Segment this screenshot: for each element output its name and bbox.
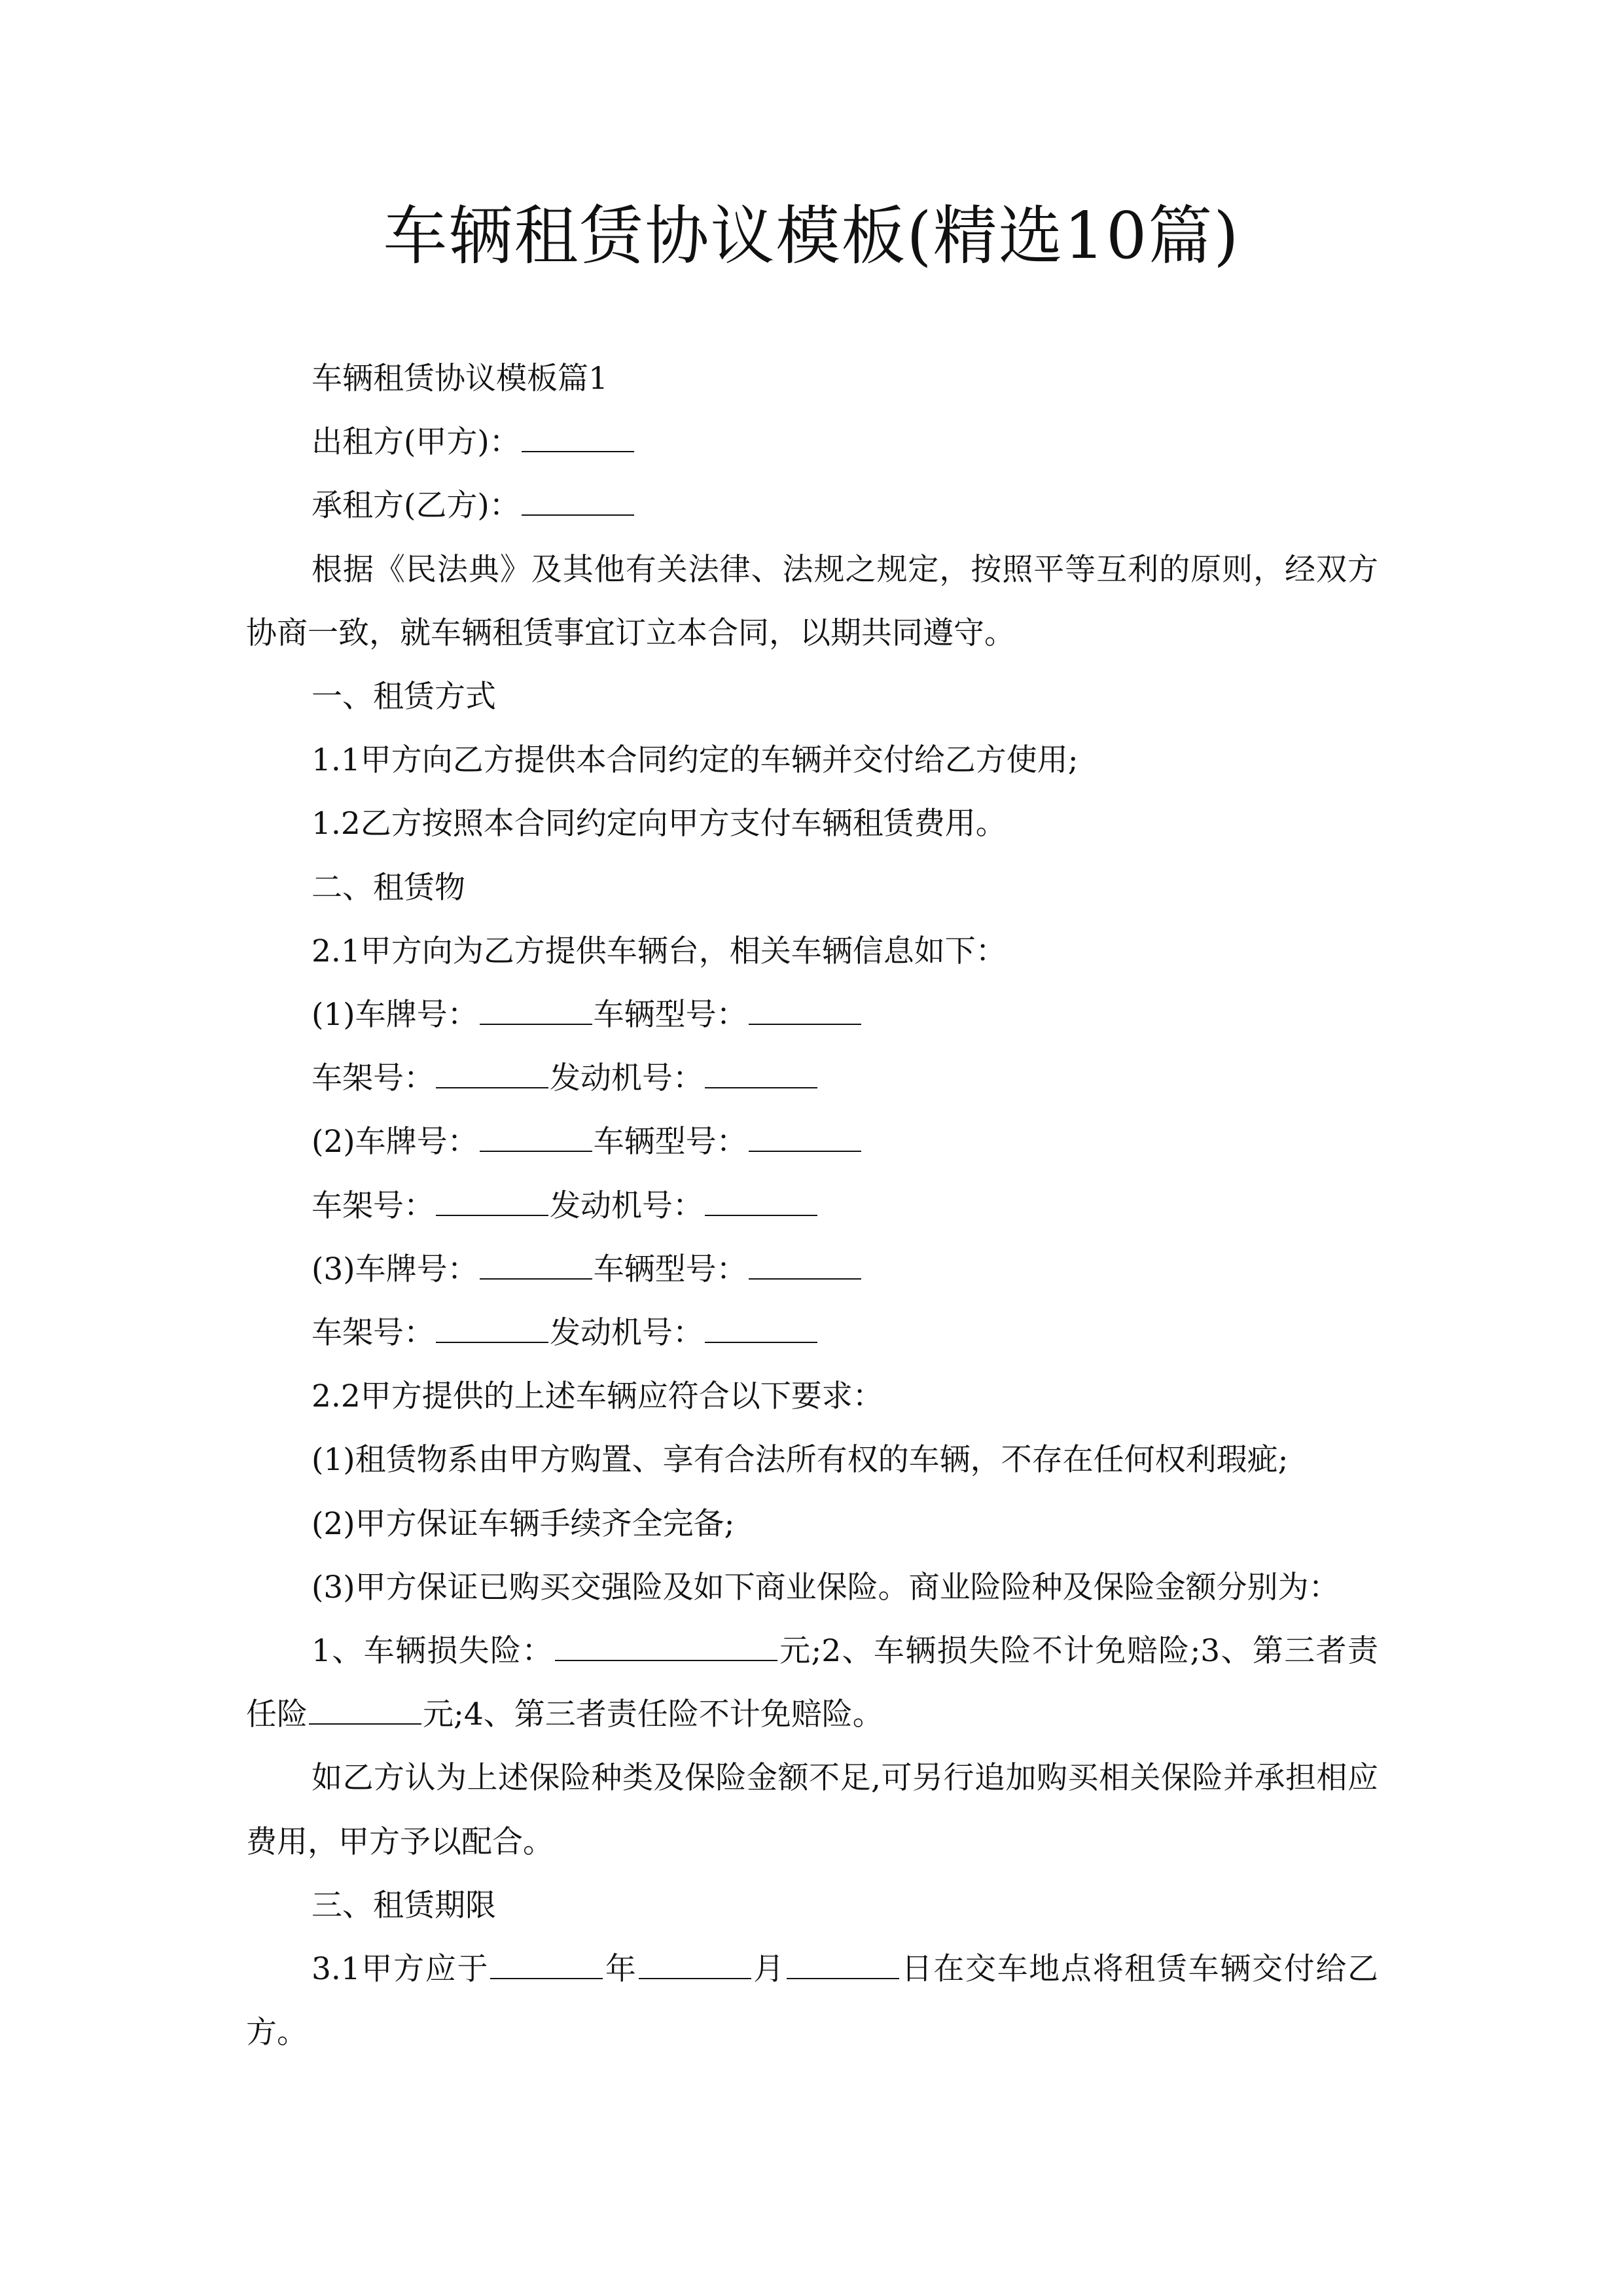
clause-2-2: 2.2甲方提供的上述车辆应符合以下要求： bbox=[246, 1365, 1378, 1428]
requirement-3: (3)甲方保证已购买交强险及如下商业保险。商业险险种及保险金额分别为： bbox=[246, 1556, 1378, 1619]
extra-insurance-paragraph: 如乙方认为上述保险种类及保险金额不足,可另行追加购买相关保险并承担相应费用，甲方… bbox=[246, 1746, 1378, 1873]
lessee-blank bbox=[522, 484, 634, 516]
requirement-2: (2)甲方保证车辆手续齐全完备; bbox=[246, 1492, 1378, 1556]
plate-label: (2)车牌号： bbox=[312, 1124, 478, 1160]
document-title: 车辆租赁协议模板(精选10篇) bbox=[0, 194, 1623, 279]
frame-label: 车架号： bbox=[312, 1315, 435, 1351]
frame-label: 车架号： bbox=[312, 1060, 435, 1096]
article-1-title: 一、租赁方式 bbox=[246, 665, 1378, 728]
article-3-title: 三、租赁期限 bbox=[246, 1874, 1378, 1937]
frame-label: 车架号： bbox=[312, 1188, 435, 1224]
insurance-end-text: 元;4、第三者责任险不计免赔险。 bbox=[423, 1696, 883, 1732]
frame-blank bbox=[436, 1311, 548, 1343]
vehicle-1-frame-line: 车架号：发动机号： bbox=[246, 1047, 1378, 1110]
model-label: 车辆型号： bbox=[594, 997, 747, 1033]
vehicle-3-frame-line: 车架号：发动机号： bbox=[246, 1301, 1378, 1365]
clause-3-1-start: 3.1甲方应于 bbox=[312, 1951, 489, 1987]
plate-label: (3)车牌号： bbox=[312, 1251, 478, 1287]
insurance-loss-label: 1、车辆损失险： bbox=[312, 1633, 554, 1669]
plate-blank bbox=[480, 1247, 592, 1280]
engine-blank bbox=[705, 1184, 817, 1216]
lessor-label: 出租方(甲方)： bbox=[312, 424, 520, 460]
engine-blank bbox=[705, 1056, 817, 1088]
plate-blank bbox=[480, 993, 592, 1025]
model-label: 车辆型号： bbox=[594, 1124, 747, 1160]
frame-blank bbox=[436, 1184, 548, 1216]
clause-1-1: 1.1甲方向乙方提供本合同约定的车辆并交付给乙方使用; bbox=[246, 728, 1378, 792]
lessee-label: 承租方(乙方)： bbox=[312, 488, 520, 524]
lessor-blank bbox=[522, 420, 634, 452]
month-label: 月 bbox=[753, 1951, 785, 1987]
engine-label: 发动机号： bbox=[550, 1315, 704, 1351]
document-body: 车辆租赁协议模板篇1 出租方(甲方)： 承租方(乙方)： 根据《民法典》及其他有… bbox=[246, 347, 1378, 2064]
engine-label: 发动机号： bbox=[550, 1188, 704, 1224]
model-blank bbox=[749, 1247, 861, 1280]
vehicle-1-plate-line: (1)车牌号：车辆型号： bbox=[246, 983, 1378, 1047]
year-blank bbox=[490, 1947, 603, 1979]
lessee-line: 承租方(乙方)： bbox=[246, 474, 1378, 537]
preamble-paragraph: 根据《民法典》及其他有关法律、法规之规定，按照平等互利的原则，经双方协商一致，就… bbox=[246, 538, 1378, 665]
insurance-loss-blank bbox=[555, 1629, 777, 1661]
third-party-blank bbox=[309, 1693, 421, 1725]
insurance-paragraph: 1、车辆损失险：元;2、车辆损失险不计免赔险;3、第三者责任险元;4、第三者责任… bbox=[246, 1619, 1378, 1746]
vehicle-3-plate-line: (3)车牌号：车辆型号： bbox=[246, 1238, 1378, 1301]
vehicle-2-frame-line: 车架号：发动机号： bbox=[246, 1174, 1378, 1238]
model-label: 车辆型号： bbox=[594, 1251, 747, 1287]
day-blank bbox=[787, 1947, 899, 1979]
section-heading: 车辆租赁协议模板篇1 bbox=[246, 347, 1378, 410]
model-blank bbox=[749, 993, 861, 1025]
lessor-line: 出租方(甲方)： bbox=[246, 410, 1378, 474]
document-page: 车辆租赁协议模板(精选10篇) 车辆租赁协议模板篇1 出租方(甲方)： 承租方(… bbox=[0, 0, 1623, 2296]
engine-label: 发动机号： bbox=[550, 1060, 704, 1096]
plate-blank bbox=[480, 1120, 592, 1152]
engine-blank bbox=[705, 1311, 817, 1343]
requirement-1: (1)租赁物系由甲方购置、享有合法所有权的车辆，不存在任何权利瑕疵; bbox=[246, 1428, 1378, 1492]
article-2-title: 二、租赁物 bbox=[246, 856, 1378, 920]
clause-1-2: 1.2乙方按照本合同约定向甲方支付车辆租赁费用。 bbox=[246, 792, 1378, 855]
clause-2-1: 2.1甲方向为乙方提供车辆台，相关车辆信息如下： bbox=[246, 920, 1378, 983]
frame-blank bbox=[436, 1056, 548, 1088]
model-blank bbox=[749, 1120, 861, 1152]
clause-3-1: 3.1甲方应于年月日在交车地点将租赁车辆交付给乙方。 bbox=[246, 1937, 1378, 2064]
year-label: 年 bbox=[604, 1951, 637, 1987]
vehicle-2-plate-line: (2)车牌号：车辆型号： bbox=[246, 1110, 1378, 1174]
month-blank bbox=[639, 1947, 751, 1979]
plate-label: (1)车牌号： bbox=[312, 997, 478, 1033]
